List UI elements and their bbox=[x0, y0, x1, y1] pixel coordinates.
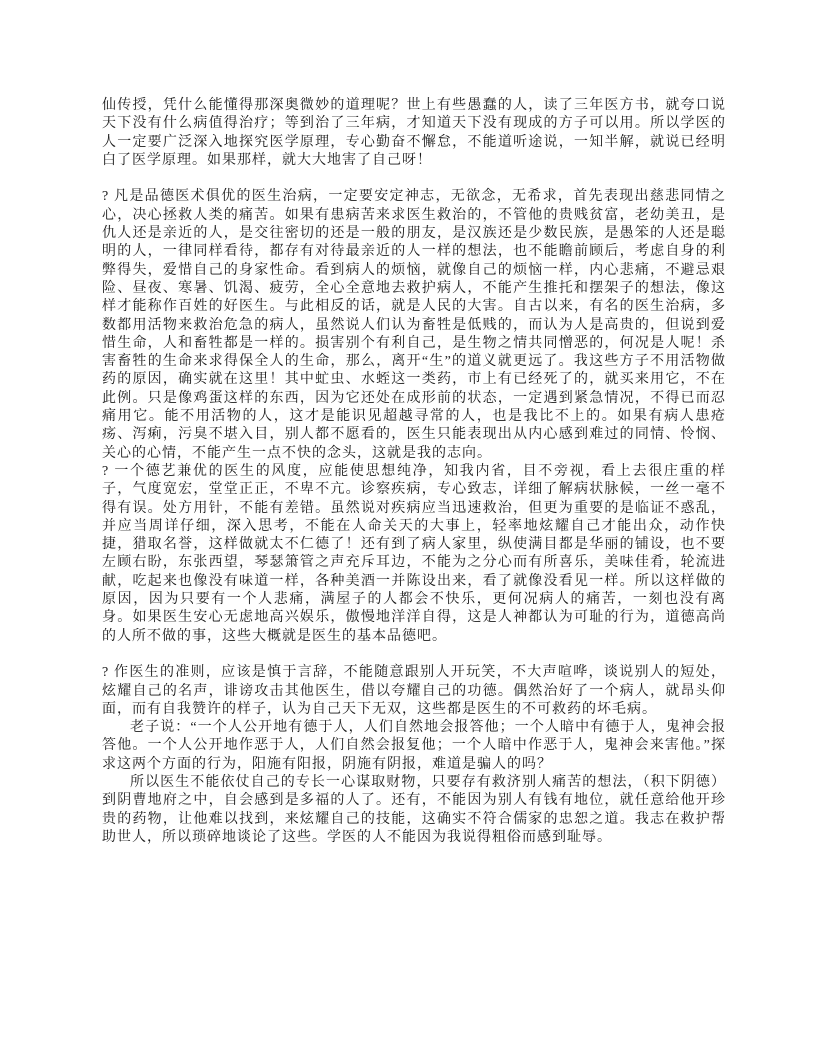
paragraph-physician-demeanor: ? 一个德艺兼优的医生的风度，应能使思想纯净，知我内省，目不旁视，看上去很庄重的… bbox=[102, 463, 726, 646]
paragraph-physician-compassion: ? 凡是品德医术俱优的医生治病，一定要安定神志，无欲念，无希求，首先表现出慈悲同… bbox=[102, 188, 726, 462]
paragraph-physician-conduct-rules: ? 作医生的准则，应该是慎于言辞，不能随意跟别人开玩笑，不大声喧哗，谈说别人的短… bbox=[102, 664, 726, 719]
paragraph-laozi-quote: 老子说：“一个人公开地有德于人，人们自然地会报答他；一个人暗中有德于人，鬼神会报… bbox=[102, 719, 726, 774]
paragraph-conclusion: 所以医生不能依仗自己的专长一心谋取财物，只要存有救济别人痛苦的想法，（积下阴德）… bbox=[102, 774, 726, 847]
document-page: 仙传授，凭什么能懂得那深奥微妙的道理呢？世上有些愚蠢的人，读了三年医方书，就夸口… bbox=[0, 0, 816, 1056]
paragraph-continuation-study-medicine: 仙传授，凭什么能懂得那深奥微妙的道理呢？世上有些愚蠢的人，读了三年医方书，就夸口… bbox=[102, 97, 726, 170]
